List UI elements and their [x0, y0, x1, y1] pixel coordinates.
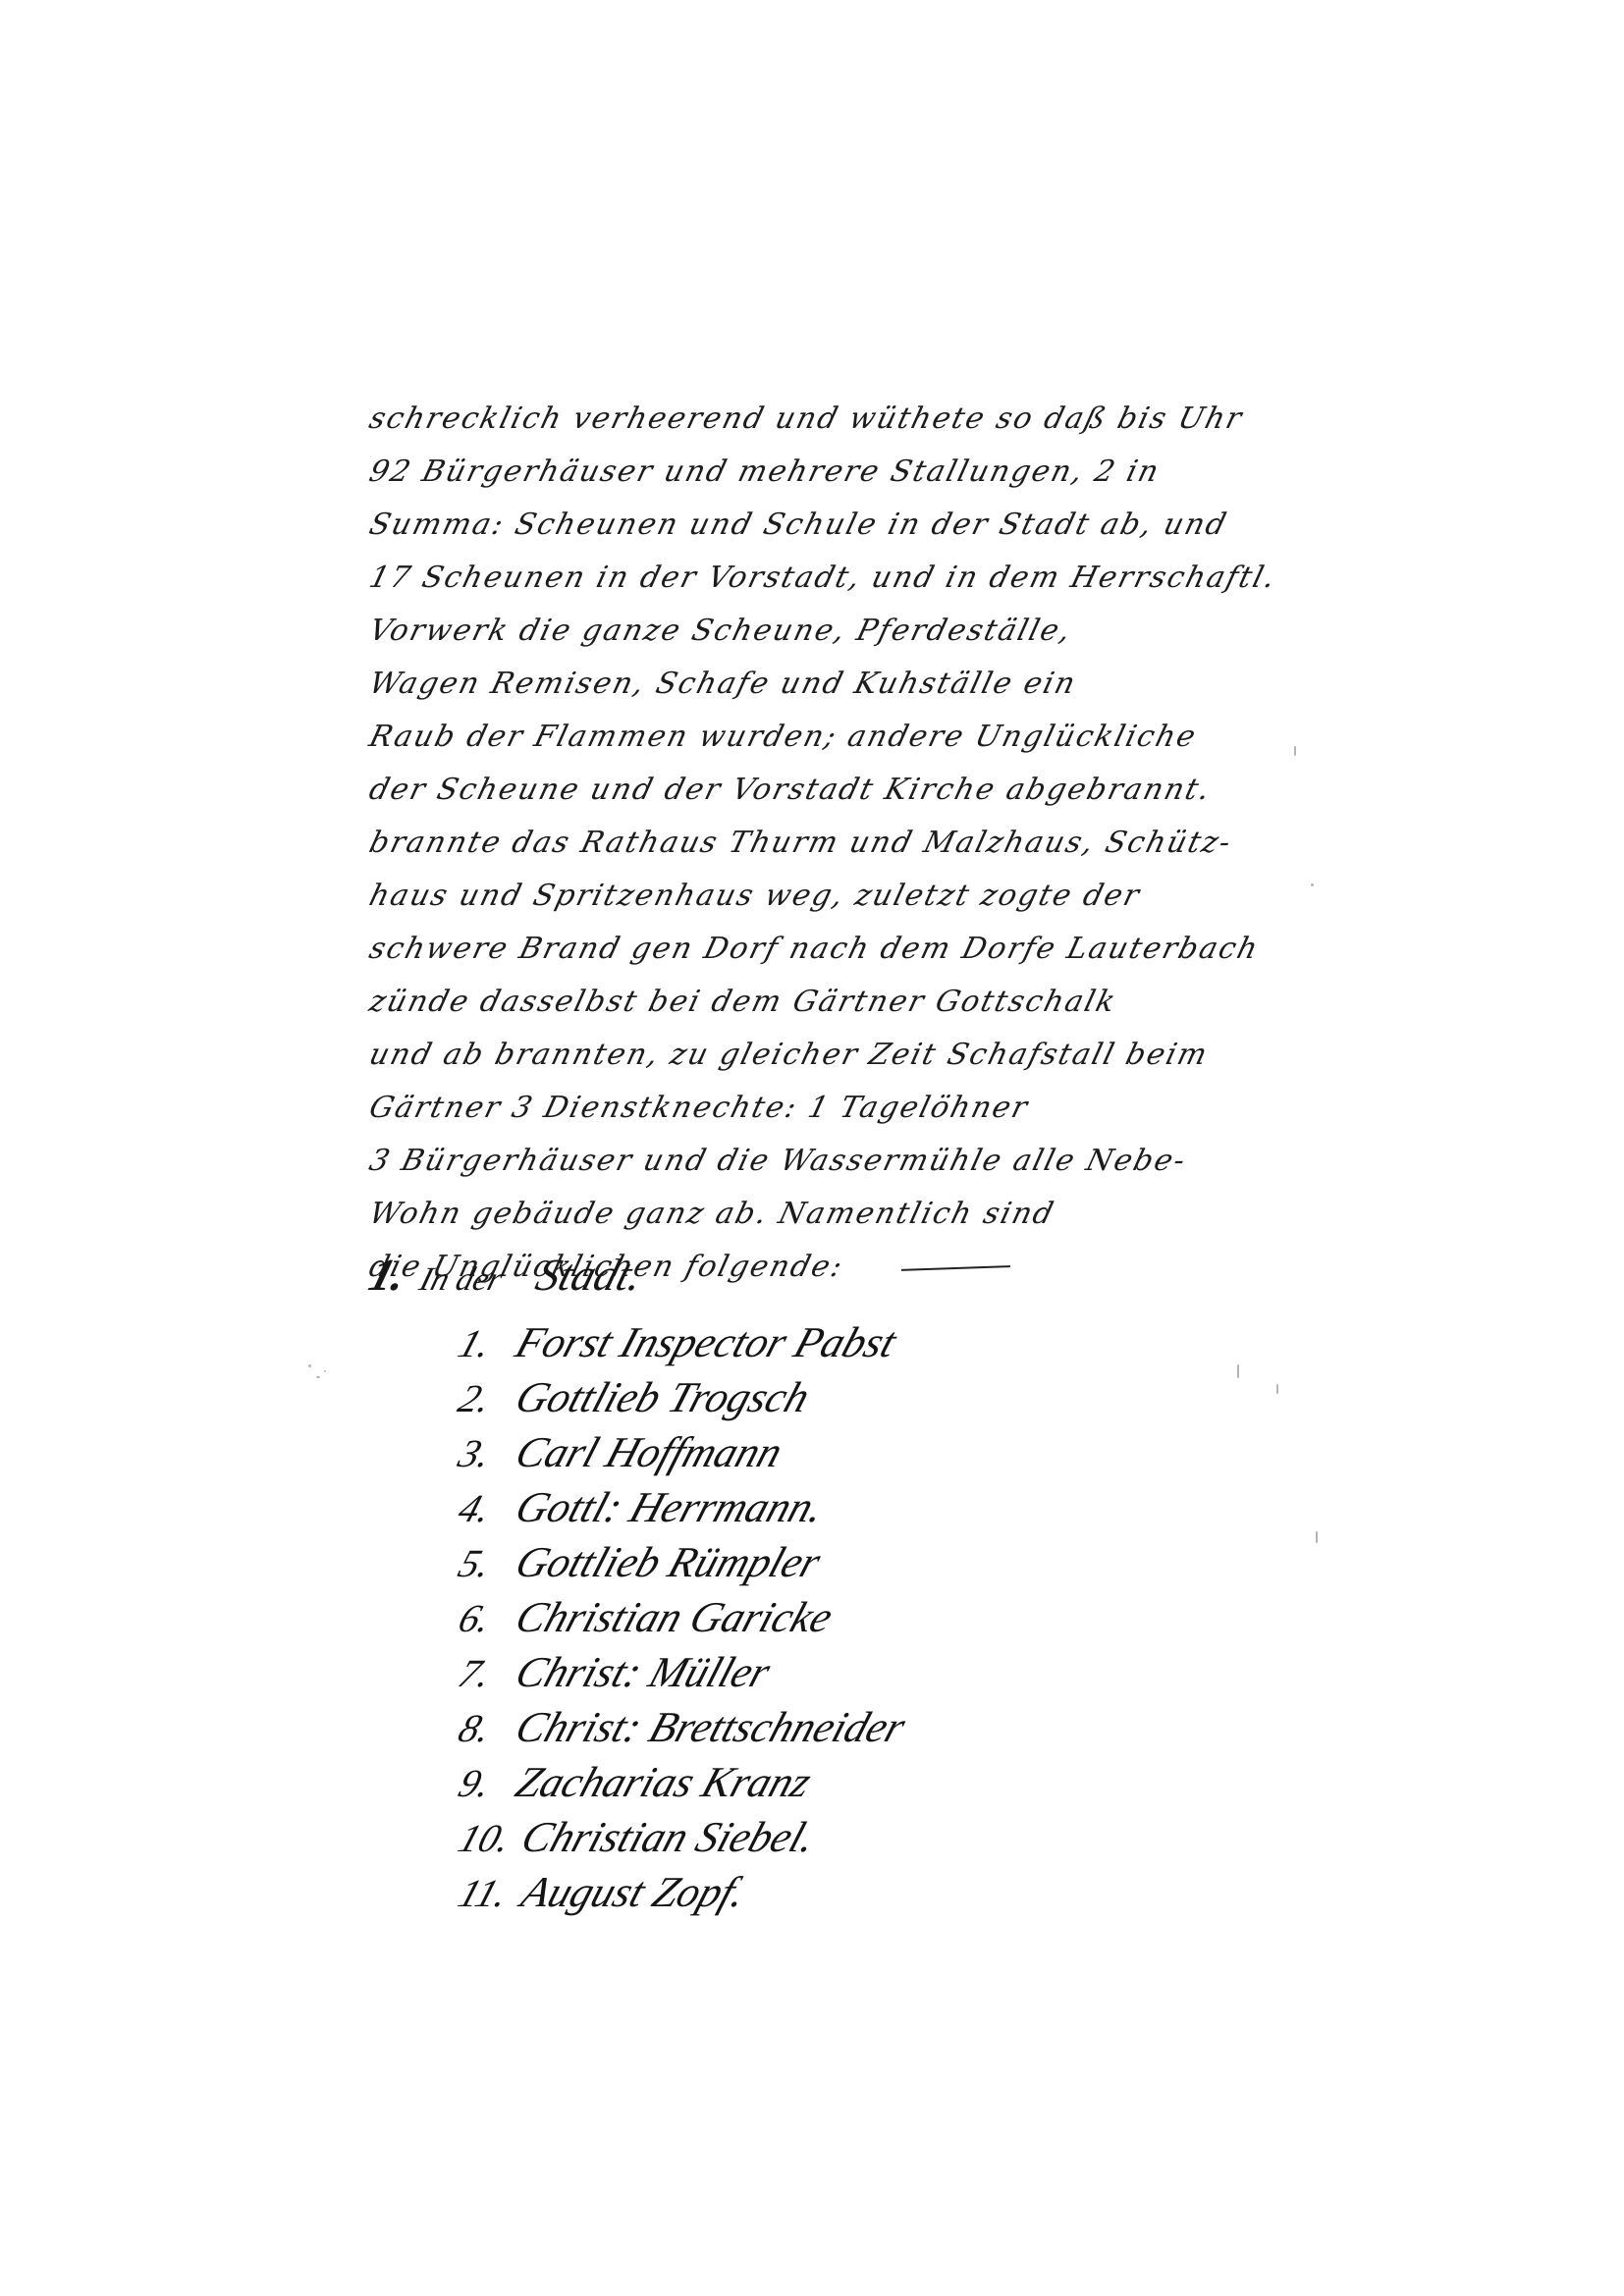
scan-speck	[308, 1364, 311, 1367]
item-name: Forst Inspector Pabst	[510, 1318, 902, 1366]
narrative-line: haus und Spritzenhaus weg, zuletzt zogte…	[363, 870, 1319, 923]
section-prefix: In der	[415, 1261, 507, 1298]
narrative-line: Summa: Scheunen und Schule in der Stadt …	[363, 499, 1319, 552]
scan-speck	[316, 1376, 320, 1378]
narrative-line: 92 Bürgerhäuser und mehrere Stallungen, …	[363, 446, 1319, 499]
list-item: 1.Forst Inspector Pabst	[452, 1315, 1216, 1370]
scan-speck	[1316, 1531, 1318, 1543]
item-name: Zacharias Kranz	[510, 1758, 817, 1806]
list-item: 2.Gottlieb Trogsch	[452, 1370, 1216, 1425]
list-item: 10.Christian Siebel.	[452, 1810, 1216, 1865]
list-item: 8.Christ: Brettschneider	[452, 1700, 1216, 1755]
narrative-line: und ab brannten, zu gleicher Zeit Schafs…	[363, 1029, 1319, 1082]
item-name: Carl Hoffmann	[510, 1428, 788, 1476]
scan-speck	[1276, 1384, 1278, 1394]
item-name: Gottlieb Rümpler	[510, 1538, 827, 1586]
item-name: Christian Garicke	[510, 1593, 839, 1641]
item-name: Gottlieb Trogsch	[510, 1373, 815, 1421]
narrative-line: zünde dasselbst bei dem Gärtner Gottscha…	[363, 976, 1319, 1029]
narrative-line: Raub der Flammen wurden; andere Unglückl…	[363, 711, 1319, 764]
item-name: Christ: Brettschneider	[510, 1703, 911, 1751]
item-name: Christ: Müller	[510, 1648, 776, 1696]
list-item: 7.Christ: Müller	[452, 1645, 1216, 1700]
list-item: 5.Gottlieb Rümpler	[452, 1535, 1216, 1590]
scan-speck	[324, 1370, 326, 1372]
scan-speck	[1237, 1364, 1239, 1378]
list-item: 11.August Zopf.	[452, 1865, 1216, 1920]
list-item: 9.Zacharias Kranz	[452, 1755, 1216, 1810]
narrative-line: schwere Brand gen Dorf nach dem Dorfe La…	[363, 923, 1319, 976]
narrative-line: schrecklich verheerend und wüthete so da…	[363, 393, 1319, 446]
manuscript-page: schrecklich verheerend und wüthete so da…	[295, 334, 1335, 1924]
narrative-line: brannte das Rathaus Thurm und Malzhaus, …	[363, 817, 1319, 870]
list-item: 6.Christian Garicke	[452, 1590, 1216, 1645]
section-title: Stadt.	[530, 1250, 649, 1300]
narrative-line: der Scheune und der Vorstadt Kirche abge…	[363, 764, 1319, 817]
victims-list: 1.Forst Inspector Pabst 2.Gottlieb Trogs…	[452, 1315, 1198, 1920]
item-name: August Zopf.	[515, 1868, 752, 1916]
list-item: 3.Carl Hoffmann	[452, 1425, 1216, 1480]
narrative-line: 3 Bürgerhäuser und die Wassermühle alle …	[363, 1135, 1319, 1188]
narrative-line: Wagen Remisen, Schafe und Kuhställe ein	[363, 658, 1319, 711]
section-heading-stadt: 1. In der Stadt.	[363, 1249, 649, 1301]
narrative-line: 17 Scheunen in der Vorstadt, und in dem …	[363, 552, 1319, 605]
item-name: Gottl: Herrmann.	[510, 1483, 830, 1531]
narrative-line: Gärtner 3 Dienstknechte: 1 Tagelöhner	[363, 1082, 1319, 1135]
narrative-line: Vorwerk die ganze Scheune, Pferdeställe,	[363, 605, 1319, 658]
list-item: 4.Gottl: Herrmann.	[452, 1480, 1216, 1535]
closing-dash	[901, 1265, 1010, 1271]
narrative-line: Wohn gebäude ganz ab. Namentlich sind	[363, 1188, 1319, 1241]
narrative-paragraph: schrecklich verheerend und wüthete so da…	[363, 393, 1306, 1294]
item-name: Christian Siebel.	[515, 1813, 822, 1861]
